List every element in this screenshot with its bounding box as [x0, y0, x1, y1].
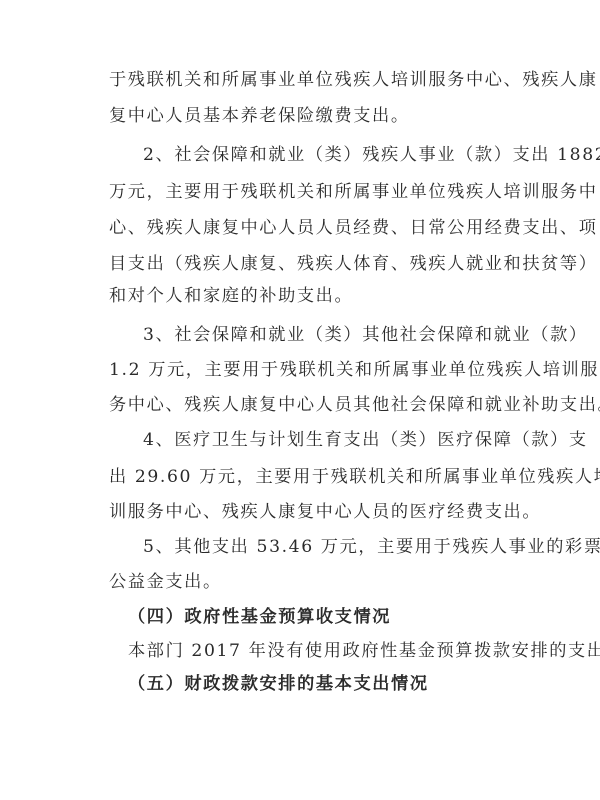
body-text-line: 出 29.60 万元，主要用于残联机关和所属事业单位残疾人培 — [109, 467, 529, 487]
document-page: 于残联机关和所属事业单位残疾人培训服务中心、残疾人康 复中心人员基本养老保险缴费… — [0, 0, 600, 800]
body-text-line: 训服务中心、残疾人康复中心人员的医疗经费支出。 — [109, 502, 529, 522]
item-2-text: 2、社会保障和就业（类）残疾人事业（款）支出 1882.69 — [143, 145, 529, 165]
section-heading-4: （四）政府性基金预算收支情况 — [128, 607, 548, 627]
body-text-line: 万元，主要用于残联机关和所属事业单位残疾人培训服务中 — [109, 182, 529, 202]
body-text-line: 目支出（残疾人康复、残疾人体育、残疾人就业和扶贫等） — [109, 254, 529, 274]
body-text-line: 复中心人员基本养老保险缴费支出。 — [109, 106, 529, 126]
body-text-line: 本部门 2017 年没有使用政府性基金预算拨款安排的支出。 — [128, 641, 548, 661]
body-text-line: 于残联机关和所属事业单位残疾人培训服务中心、残疾人康 — [109, 70, 529, 90]
item-5-text: 5、其他支出 53.46 万元，主要用于残疾人事业的彩票 — [143, 537, 529, 557]
item-3-text: 3、社会保障和就业（类）其他社会保障和就业（款） — [143, 325, 529, 345]
body-text-line: 1.2 万元，主要用于残联机关和所属事业单位残疾人培训服 — [109, 360, 529, 380]
body-text-line: 公益金支出。 — [109, 572, 529, 592]
body-text-line: 心、残疾人康复中心人员人员经费、日常公用经费支出、项 — [109, 218, 529, 238]
body-text-line: 务中心、残疾人康复中心人员其他社会保障和就业补助支出。 — [109, 395, 529, 415]
body-text-line: 和对个人和家庭的补助支出。 — [109, 286, 529, 306]
section-heading-5: （五）财政拨款安排的基本支出情况 — [128, 674, 548, 694]
item-4-text: 4、医疗卫生与计划生育支出（类）医疗保障（款）支 — [143, 430, 529, 450]
